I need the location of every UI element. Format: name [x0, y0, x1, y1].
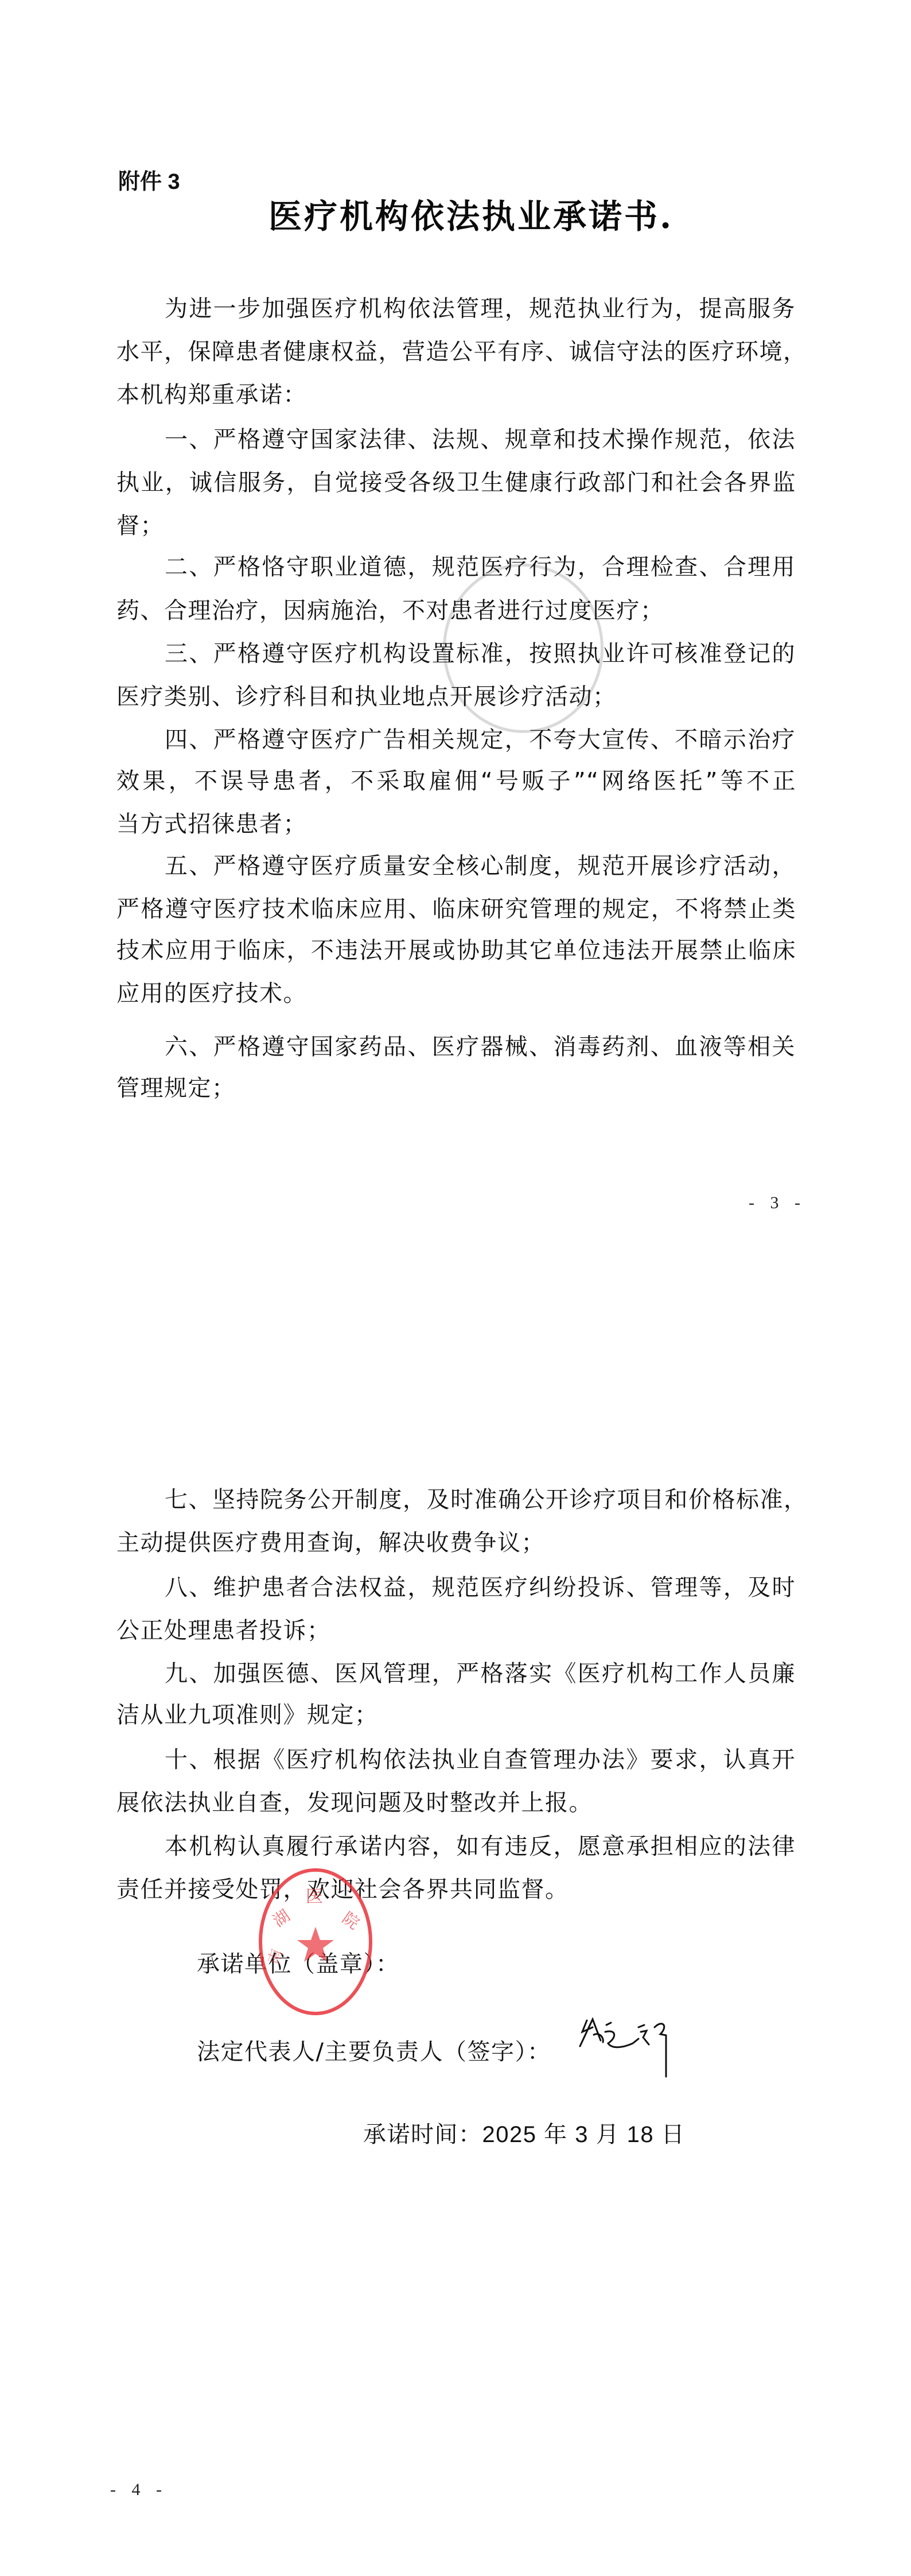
- document-scan: 附件 3 医疗机构依法执业承诺书. 为进一步加强医疗机构依法管理，规范执业行为，…: [0, 0, 911, 2576]
- page-4: 七、坚持院务公开制度，及时准确公开诊疗项目和价格标准， 主动提供医疗费用查询，解…: [0, 0, 911, 2576]
- item-7-line-1: 七、坚持院务公开制度，及时准确公开诊疗项目和价格标准，: [165, 1487, 796, 1512]
- legal-representative-label: 法定代表人/主要负责人（签字）：: [197, 2039, 551, 2065]
- commit-date-row: 承诺时间：2025 年 3 月 18 日: [363, 2122, 685, 2147]
- svg-text:湖: 湖: [270, 1906, 294, 1931]
- item-9-line-1: 九、加强医德、医风管理，严格落实《医疗机构工作人员廉: [165, 1661, 796, 1686]
- closing-line-1: 本机构认真履行承诺内容，如有违反，愿意承担相应的法律: [165, 1834, 796, 1859]
- item-8-line-1: 八、维护患者合法权益，规范医疗纠纷投诉、管理等，及时: [165, 1575, 796, 1600]
- item-7-line-2: 主动提供医疗费用查询，解决收费争议；: [116, 1530, 545, 1555]
- commit-date-label: 承诺时间：: [363, 2121, 482, 2148]
- commit-date-value: 2025 年 3 月 18 日: [482, 2122, 686, 2147]
- item-10-line-2: 展依法执业自查，发现问题及时整改并上报。: [116, 1790, 593, 1815]
- handwritten-signature: [577, 2015, 691, 2078]
- svg-text:院: 院: [339, 1908, 363, 1933]
- item-8-line-2: 公正处理患者投诉；: [116, 1618, 331, 1643]
- closing-line-2: 责任并接受处罚，欢迎社会各界共同监督。: [116, 1877, 569, 1902]
- item-9-line-2: 洁从业九项准则》规定；: [116, 1702, 379, 1728]
- page-number-4: - 4 -: [110, 2480, 168, 2500]
- sign-unit-label: 承诺单位（盖章）：: [197, 1952, 400, 1977]
- item-10-line-1: 十、根据《医疗机构依法执业自查管理办法》要求，认真开: [165, 1747, 796, 1772]
